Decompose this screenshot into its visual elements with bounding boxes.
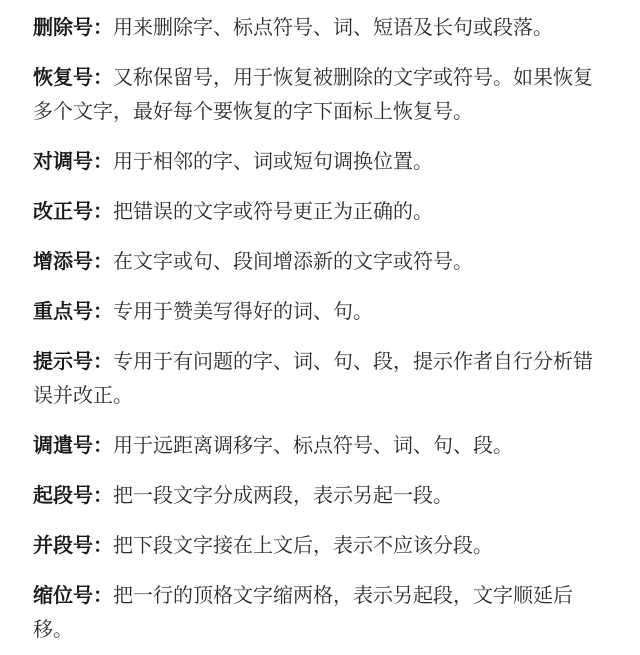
term-label: 删除号： [33, 15, 113, 39]
entry-indent-mark: 缩位号：把一行的顶格文字缩两格，表示另起段，文字顺延后移。 [33, 578, 612, 646]
term-description: 把一行的顶格文字缩两格，表示另起段，文字顺延后移。 [33, 583, 573, 641]
entry-swap-mark: 对调号：用于相邻的字、词或短句调换位置。 [33, 144, 612, 178]
term-label: 重点号： [33, 299, 113, 323]
term-description: 把一段文字分成两段，表示另起一段。 [113, 483, 453, 507]
entry-restore-mark: 恢复号：又称保留号，用于恢复被删除的文字或符号。如果恢复多个文字，最好每个要恢复… [33, 60, 612, 128]
term-description: 把下段文字接在上文后，表示不应该分段。 [113, 533, 493, 557]
term-label: 对调号： [33, 149, 113, 173]
term-label: 起段号： [33, 483, 113, 507]
entry-insert-mark: 增添号：在文字或句、段间增添新的文字或符号。 [33, 244, 612, 278]
term-description: 专用于有问题的字、词、句、段，提示作者自行分析错误并改正。 [33, 349, 593, 407]
term-label: 调遣号： [33, 433, 113, 457]
term-description: 用于远距离调移字、标点符号、词、句、段。 [113, 433, 513, 457]
entry-merge-paragraph-mark: 并段号：把下段文字接在上文后，表示不应该分段。 [33, 528, 612, 562]
term-label: 恢复号： [33, 65, 113, 89]
entry-emphasis-mark: 重点号：专用于赞美写得好的词、句。 [33, 294, 612, 328]
term-label: 增添号： [33, 249, 113, 273]
term-description: 又称保留号，用于恢复被删除的文字或符号。如果恢复多个文字，最好每个要恢复的字下面… [33, 65, 593, 123]
term-label: 并段号： [33, 533, 113, 557]
term-label: 提示号： [33, 349, 113, 373]
term-label: 改正号： [33, 199, 113, 223]
entry-new-paragraph-mark: 起段号：把一段文字分成两段，表示另起一段。 [33, 478, 612, 512]
term-description: 用于相邻的字、词或短句调换位置。 [113, 149, 433, 173]
term-description: 把错误的文字或符号更正为正确的。 [113, 199, 433, 223]
term-description: 在文字或句、段间增添新的文字或符号。 [113, 249, 473, 273]
entry-move-mark: 调遣号：用于远距离调移字、标点符号、词、句、段。 [33, 428, 612, 462]
term-label: 缩位号： [33, 583, 113, 607]
proofreading-marks-list: 删除号：用来删除字、标点符号、词、短语及长句或段落。 恢复号：又称保留号，用于恢… [0, 0, 640, 646]
term-description: 用来删除字、标点符号、词、短语及长句或段落。 [113, 15, 553, 39]
entry-delete-mark: 删除号：用来删除字、标点符号、词、短语及长句或段落。 [33, 10, 612, 44]
entry-correction-mark: 改正号：把错误的文字或符号更正为正确的。 [33, 194, 612, 228]
entry-hint-mark: 提示号：专用于有问题的字、词、句、段，提示作者自行分析错误并改正。 [33, 344, 612, 412]
term-description: 专用于赞美写得好的词、句。 [113, 299, 373, 323]
